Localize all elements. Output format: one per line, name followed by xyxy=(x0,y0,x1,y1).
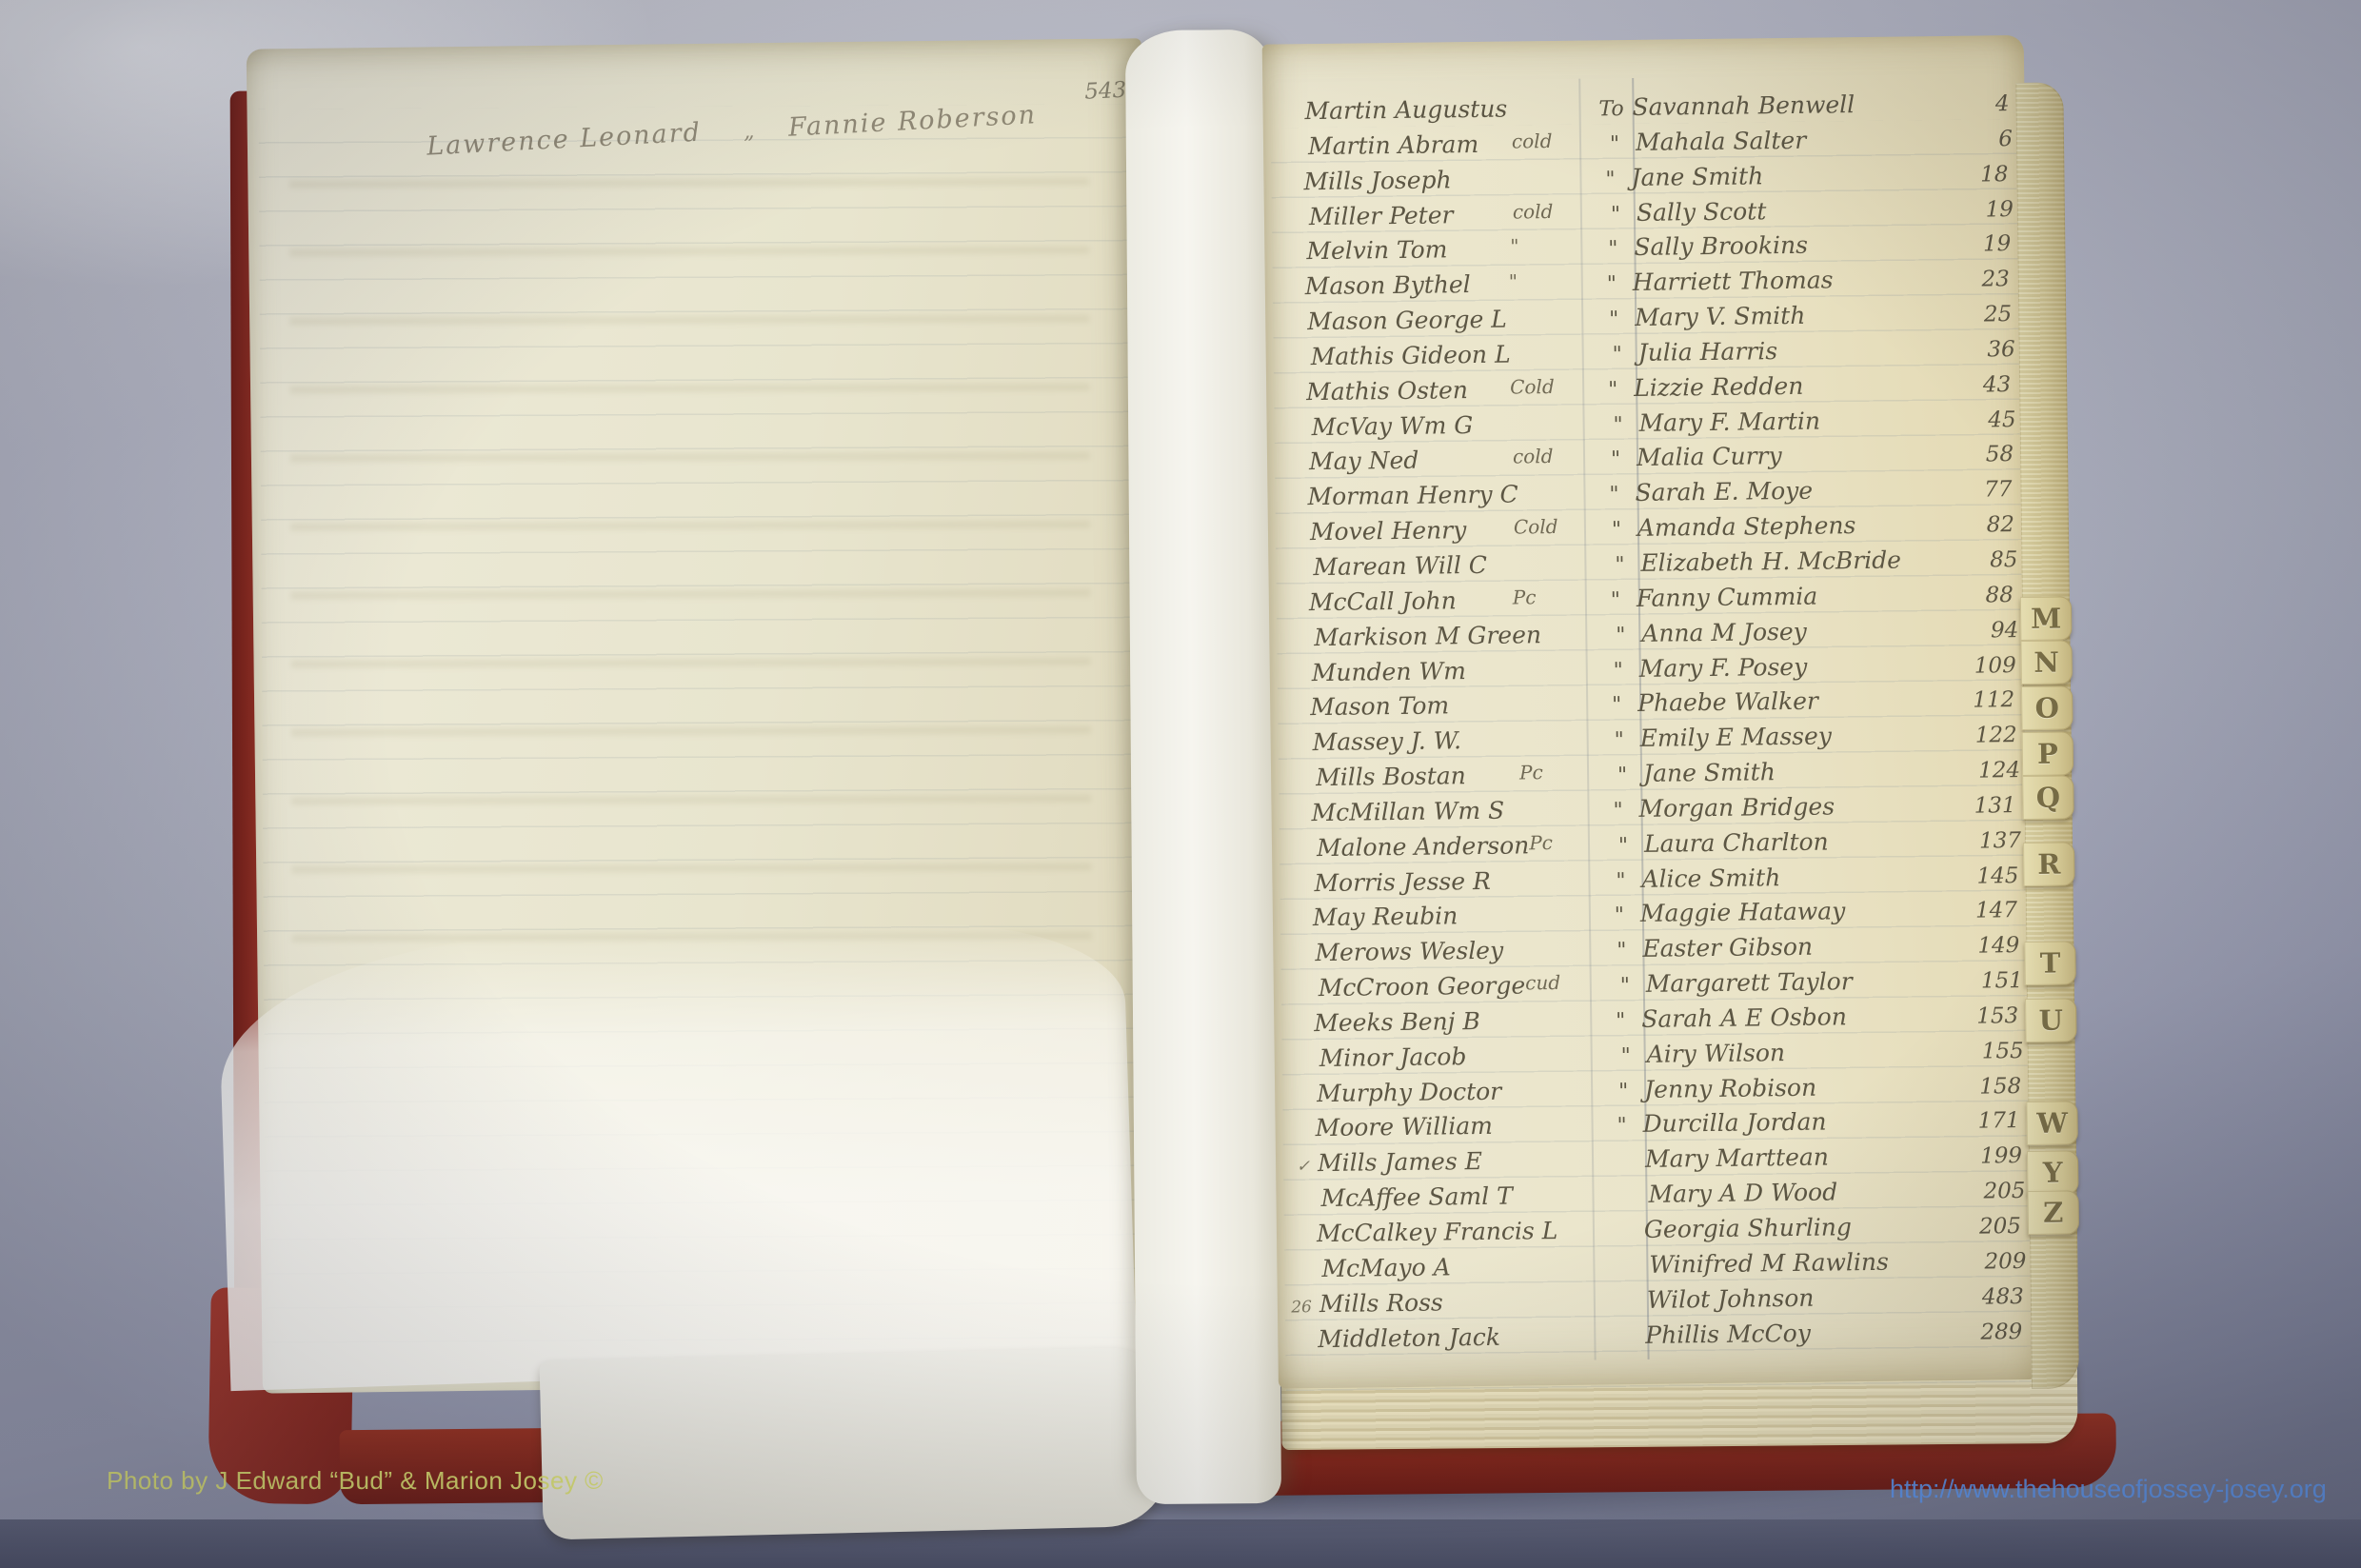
race-note: Cold xyxy=(1510,374,1592,403)
groom-cell: McMillan Wm S xyxy=(1311,795,1597,826)
groom-cell: Massey J. W. xyxy=(1312,725,1597,757)
tab-letter: U xyxy=(2038,1004,2063,1037)
race-note xyxy=(1514,690,1596,719)
groom-name: Minor Jacob xyxy=(1319,1042,1523,1072)
ditto-mark: To xyxy=(1590,97,1632,122)
record-page-number: 124 xyxy=(1957,758,2026,784)
bride-name: Jenny Robison xyxy=(1644,1071,1958,1102)
bride-name: Sally Scott xyxy=(1637,194,1951,226)
alphabet-tab-R: R xyxy=(2023,842,2075,886)
race-note xyxy=(1521,1146,1603,1175)
groom-name: Mason Bythel xyxy=(1305,270,1509,301)
record-page-number: 147 xyxy=(1954,898,2023,923)
groom-cell: Mills James E xyxy=(1318,1146,1603,1178)
ditto-mark: " xyxy=(1593,308,1635,332)
alphabet-tab-W: W xyxy=(2026,1101,2078,1145)
record-page-number: 23 xyxy=(1947,267,2015,292)
groom-cell: McCall John Pc xyxy=(1309,585,1595,616)
race-note xyxy=(1517,901,1598,929)
record-page-number: 122 xyxy=(1954,723,2022,748)
race-note: cold xyxy=(1512,129,1594,157)
groom-cell: Merows Wesley xyxy=(1315,936,1600,967)
alphabet-tab-Z: Z xyxy=(2027,1190,2079,1235)
bride-name: Jane Smith xyxy=(1643,756,1957,787)
groom-cell: Miller Peter cold xyxy=(1309,199,1595,230)
record-page-number: 77 xyxy=(1949,477,2017,503)
groom-cell: May Ned cold xyxy=(1309,445,1595,476)
record-page-number: 289 xyxy=(1959,1320,2028,1345)
alphabet-tab-Q: Q xyxy=(2022,775,2074,820)
bride-name: Mary A D Wood xyxy=(1648,1177,1962,1208)
bride-name: Sarah A E Osbon xyxy=(1641,1002,1955,1033)
ditto-mark: " xyxy=(1593,483,1635,507)
race-note xyxy=(1516,725,1597,754)
ditto-mark: " xyxy=(1597,343,1638,367)
race-note xyxy=(1524,1181,1606,1210)
ditto-mark: " xyxy=(1592,378,1634,403)
ditto-mark: " xyxy=(1599,1009,1641,1034)
ditto-mark: " xyxy=(1589,168,1631,192)
bride-name: Mary F. Posey xyxy=(1639,650,1954,682)
bride-name: Savannah Benwell xyxy=(1632,89,1946,121)
race-note xyxy=(1521,1321,1603,1350)
record-page-number: 155 xyxy=(1961,1039,2030,1064)
bride-name: Mary F. Martin xyxy=(1638,405,1953,436)
bride-name: Elizabeth H. McBride xyxy=(1640,546,1954,577)
ledger-book-photo: Lawrence Leonard„Fannie Roberson 543 Mar… xyxy=(0,0,2361,1568)
record-page-number: 109 xyxy=(1954,653,2022,679)
ditto-mark: " xyxy=(1600,1114,1642,1139)
ditto-mark: " xyxy=(1602,834,1644,859)
record-page-number: 158 xyxy=(1958,1074,2027,1100)
record-page-number: 36 xyxy=(1953,337,2021,363)
website-watermark: http://www.thehouseofjossey-josey.org xyxy=(1890,1475,2327,1504)
record-page-number: 18 xyxy=(1945,162,2014,188)
groom-cell: Martin Abram cold xyxy=(1308,129,1594,160)
alphabet-tab-M: M xyxy=(2020,596,2073,641)
left-page-number: 543 xyxy=(1084,78,1127,105)
ditto-mark xyxy=(1603,1342,1645,1343)
ditto-mark: " xyxy=(1599,624,1641,648)
record-page-number: 94 xyxy=(1955,618,2024,644)
groom-cell: McCalkey Francis L xyxy=(1317,1216,1602,1247)
record-page-number: 112 xyxy=(1952,687,2020,713)
record-page-number: 82 xyxy=(1952,512,2020,538)
tab-letter: Y xyxy=(2043,1157,2063,1189)
record-page-number: 199 xyxy=(1959,1143,2028,1169)
race-note: Pc xyxy=(1513,585,1595,613)
race-note xyxy=(1518,1111,1600,1140)
ditto-mark: „ xyxy=(743,120,757,145)
ditto-mark: " xyxy=(1599,868,1641,893)
groom-name: Middleton Jack xyxy=(1318,1322,1521,1353)
bride-name: Fanny Cummia xyxy=(1637,581,1951,612)
alphabet-tabs: M N O P Q R T U W Y Z xyxy=(209,8,2104,30)
groom-cell: May Reubin xyxy=(1313,901,1598,932)
bride-name: Alice Smith xyxy=(1641,861,1955,892)
center-interleaf-sheet xyxy=(1125,30,1281,1504)
bride-name: Laura Charlton xyxy=(1644,826,1958,858)
record-page-number: 19 xyxy=(1951,197,2019,223)
groom-cell: Movel Henry Cold xyxy=(1310,515,1596,546)
ditto-mark: " xyxy=(1594,132,1636,157)
tab-letter: N xyxy=(2034,646,2059,679)
groom-name: May Reubin xyxy=(1313,902,1517,932)
groom-cell: Middleton Jack xyxy=(1318,1321,1603,1353)
bride-name: Harriett Thomas xyxy=(1633,265,1947,296)
bride-name: Sally Brookins xyxy=(1634,229,1948,261)
race-note xyxy=(1518,936,1600,964)
groom-name: Martin Abram xyxy=(1308,129,1512,160)
bride-name: Morgan Bridges xyxy=(1638,791,1953,823)
groom-name: Morman Henry C xyxy=(1307,481,1518,511)
groom-cell: McCroon George cud xyxy=(1319,970,1604,1002)
groom-name: Mills Bostan xyxy=(1316,761,1519,791)
groom-name: Mills Joseph xyxy=(1303,165,1507,195)
ditto-mark: " xyxy=(1595,202,1637,227)
ditto-mark: " xyxy=(1598,728,1640,753)
bride-name: Airy Wilson xyxy=(1647,1037,1961,1068)
race-note: cud xyxy=(1525,970,1604,999)
tab-letter: T xyxy=(2040,947,2061,980)
groom-name: Merows Wesley xyxy=(1315,937,1518,967)
race-note xyxy=(1511,305,1593,333)
race-note xyxy=(1523,1286,1605,1315)
groom-cell: Munden Wm xyxy=(1312,655,1597,686)
groom-name: Mills James E xyxy=(1318,1147,1521,1178)
record-page-number: 137 xyxy=(1958,828,2027,854)
ditto-mark: " xyxy=(1596,518,1637,543)
groom-name: Moore William xyxy=(1315,1112,1518,1142)
race-note xyxy=(1518,865,1599,894)
ditto-mark: " xyxy=(1596,693,1637,718)
race-note: " xyxy=(1509,269,1591,298)
open-index-book: Lawrence Leonard„Fannie Roberson 543 Mar… xyxy=(209,8,2122,1530)
groom-cell: Minor Jacob xyxy=(1319,1041,1605,1072)
ditto-mark: " xyxy=(1600,939,1642,963)
ditto-mark xyxy=(1603,1167,1645,1168)
groom-name: Marean Will C xyxy=(1313,550,1517,581)
ditto-mark: " xyxy=(1598,903,1640,928)
record-page-number: 19 xyxy=(1948,231,2016,257)
bride-name: Julia Harris xyxy=(1638,335,1953,367)
margin-note: 26 xyxy=(1287,1298,1319,1317)
groom-name: McCalkey Francis L xyxy=(1317,1217,1558,1247)
groom-cell: Melvin Tom " xyxy=(1306,234,1592,266)
bride-name: Amanda Stephens xyxy=(1637,510,1952,542)
groom-cell: Mason Bythel " xyxy=(1305,269,1591,301)
record-page-number: 153 xyxy=(1955,1003,2024,1029)
ditto-mark xyxy=(1605,1308,1647,1309)
groom-name: McMayo A xyxy=(1321,1252,1525,1282)
tab-letter: Z xyxy=(2043,1197,2064,1229)
ditto-mark: " xyxy=(1597,799,1638,824)
ditto-mark xyxy=(1608,1273,1650,1274)
ditto-mark: " xyxy=(1604,974,1646,999)
alphabet-tab-Y: Y xyxy=(2027,1150,2079,1195)
record-page-number: 4 xyxy=(1946,91,2014,117)
ditto-mark: " xyxy=(1592,237,1634,262)
race-note xyxy=(1515,795,1597,824)
ditto-mark: " xyxy=(1591,272,1633,297)
bride-name: Maggie Hataway xyxy=(1640,896,1954,927)
right-page: Martin Augustus To Savannah Benwell 4 Ma… xyxy=(1262,35,2040,1389)
race-note: Cold xyxy=(1514,515,1596,544)
groom-name: Markison M Green xyxy=(1314,621,1541,651)
alphabet-tab-P: P xyxy=(2022,731,2074,776)
race-note: " xyxy=(1510,234,1592,263)
race-note xyxy=(1507,164,1589,192)
record-page-number: 43 xyxy=(1948,372,2016,398)
groom-name: Melvin Tom xyxy=(1306,235,1510,266)
groom-name: Mills Ross xyxy=(1319,1287,1523,1318)
bride-name: Emily E Massey xyxy=(1639,721,1954,752)
groom-name: Murphy Doctor xyxy=(1317,1077,1520,1107)
groom-name: Massey J. W. xyxy=(1312,726,1516,757)
race-note: Pc xyxy=(1519,760,1601,788)
bride-name: Lizzie Redden xyxy=(1634,370,1948,402)
bride-name: Mary V. Smith xyxy=(1635,300,1949,331)
bride-name: Durcilla Jordan xyxy=(1642,1106,1956,1138)
alphabet-tab-T: T xyxy=(2024,941,2076,985)
record-page-number: 145 xyxy=(1955,863,2024,889)
race-note xyxy=(1525,1251,1607,1280)
race-note xyxy=(1516,655,1597,684)
tab-letter: P xyxy=(2037,738,2058,770)
record-page-number: 6 xyxy=(1950,127,2018,152)
groom-name: McCroon George xyxy=(1319,972,1526,1002)
record-page-number: 205 xyxy=(1962,1179,2031,1204)
bride-name: Mahala Salter xyxy=(1636,125,1950,156)
ditto-mark: " xyxy=(1597,658,1639,683)
groom-name: Miller Peter xyxy=(1309,200,1513,230)
bride-name: Anna M Josey xyxy=(1641,616,1955,647)
race-note: cold xyxy=(1513,199,1595,228)
groom-name: Meeks Benj B xyxy=(1314,1006,1518,1037)
record-page-number: 88 xyxy=(1951,583,2019,608)
tab-letter: R xyxy=(2037,848,2061,881)
groom-name: Mathis Gideon L xyxy=(1311,340,1515,370)
groom-name: McMillan Wm S xyxy=(1311,796,1515,826)
bride-name: Wilot Johnson xyxy=(1647,1282,1961,1314)
groom-cell: Mills Joseph xyxy=(1303,164,1589,195)
record-page-number: 151 xyxy=(1960,968,2029,994)
groom-cell: Morman Henry C xyxy=(1307,480,1593,511)
race-note xyxy=(1557,1216,1602,1244)
groom-name: Munden Wm xyxy=(1312,656,1516,686)
tab-letter: Q xyxy=(2036,782,2061,814)
bride-name: Phaebe Walker xyxy=(1637,685,1952,717)
tab-letter: W xyxy=(2036,1106,2068,1139)
tab-letter: O xyxy=(2034,692,2059,724)
bride-name: Malia Curry xyxy=(1637,440,1951,471)
ditto-mark: " xyxy=(1605,1044,1647,1069)
groom-name: Malone Anderson xyxy=(1317,831,1530,862)
alphabet-tab-U: U xyxy=(2025,998,2077,1042)
ditto-mark: " xyxy=(1598,553,1640,578)
bride-name: Sarah E. Moye xyxy=(1635,475,1949,506)
ditto-mark: " xyxy=(1597,413,1638,438)
race-note xyxy=(1518,1005,1599,1034)
record-page-number: 205 xyxy=(1958,1214,2027,1240)
groom-cell: Markison M Green xyxy=(1314,620,1599,651)
bride-name: Margarett Taylor xyxy=(1646,966,1960,998)
race-note xyxy=(1515,339,1597,367)
race-note: Pc xyxy=(1529,830,1602,859)
tissue-interleaf-overlay xyxy=(217,917,1137,1391)
bleed-through-writing xyxy=(289,157,1092,990)
groom-cell: McAffee Saml T xyxy=(1320,1181,1606,1213)
groom-cell: Mason Tom xyxy=(1310,690,1596,722)
groom-cell: Murphy Doctor xyxy=(1317,1076,1602,1107)
groom-name: May Ned xyxy=(1309,446,1513,476)
tissue-bottom-edge xyxy=(540,1347,1172,1540)
margin-note: ✓ xyxy=(1285,1157,1318,1176)
groom-name: McAffee Saml T xyxy=(1320,1182,1524,1213)
race-note xyxy=(1518,480,1593,508)
groom-name: McVay Wm G xyxy=(1311,410,1515,441)
ditto-mark: " xyxy=(1595,588,1637,613)
groom-cell: Meeks Benj B xyxy=(1314,1005,1599,1037)
ditto-mark xyxy=(1602,1238,1644,1239)
bride-name: Easter Gibson xyxy=(1642,931,1956,963)
record-page-number: 25 xyxy=(1949,302,2017,327)
race-note xyxy=(1508,94,1590,123)
groom-cell: Mills Bostan Pc xyxy=(1316,760,1601,791)
index-entries: Martin Augustus To Savannah Benwell 4 Ma… xyxy=(1272,89,2030,1360)
groom-cell: Marean Will C xyxy=(1313,549,1598,581)
groom-name: Mason George L xyxy=(1307,306,1511,336)
ditto-mark: " xyxy=(1602,1080,1644,1104)
race-note xyxy=(1520,1076,1602,1104)
groom-cell: Mathis Osten Cold xyxy=(1306,374,1592,406)
record-page-number: 45 xyxy=(1953,407,2021,433)
groom-name: Movel Henry xyxy=(1310,516,1514,546)
groom-cell: McVay Wm G xyxy=(1311,409,1597,441)
groom-cell: McMayo A xyxy=(1321,1251,1607,1282)
record-page-number: 131 xyxy=(1953,793,2021,819)
groom-name: Martin Augustus xyxy=(1304,95,1508,126)
record-page-number: 85 xyxy=(1954,547,2023,573)
groom-cell: Mills Ross xyxy=(1319,1286,1605,1318)
record-page-number: 171 xyxy=(1956,1108,2025,1134)
groom-name: Mathis Osten xyxy=(1306,375,1510,406)
alphabet-tab-N: N xyxy=(2020,640,2073,685)
tab-letter: M xyxy=(2031,603,2062,635)
race-note xyxy=(1523,1041,1605,1069)
bride-name: Mary Marttean xyxy=(1645,1141,1959,1173)
ditto-mark: " xyxy=(1601,764,1643,788)
record-page-number: 149 xyxy=(1956,933,2025,959)
groom-name: Mason Tom xyxy=(1310,691,1514,722)
photographer-watermark: Photo by J Edward “Bud” & Marion Josey © xyxy=(107,1466,604,1496)
bride-name: Georgia Shurling xyxy=(1644,1212,1958,1243)
alphabet-tab-O: O xyxy=(2021,685,2073,730)
groom-cell: Malone Anderson Pc xyxy=(1317,830,1602,862)
record-page-number: 58 xyxy=(1951,442,2019,467)
groom-cell: Mathis Gideon L xyxy=(1311,339,1597,370)
bride-name: Winifred M Rawlins xyxy=(1649,1247,1963,1279)
groom-cell: Moore William xyxy=(1315,1111,1600,1142)
record-page-number: 483 xyxy=(1961,1284,2030,1310)
race-note: cold xyxy=(1513,445,1595,473)
bride-name: Jane Smith xyxy=(1631,160,1945,191)
groom-name: Morris Jesse R xyxy=(1314,866,1518,897)
bride-name: Phillis McCoy xyxy=(1645,1317,1959,1348)
groom-cell: Mason George L xyxy=(1307,305,1593,336)
ditto-mark: " xyxy=(1595,447,1637,472)
groom-cell: Martin Augustus xyxy=(1304,94,1590,126)
race-note xyxy=(1517,549,1598,578)
race-note xyxy=(1541,620,1600,648)
ditto-mark xyxy=(1607,1202,1649,1203)
groom-name: McCall John xyxy=(1309,586,1513,616)
groom-cell: Morris Jesse R xyxy=(1314,865,1599,897)
record-page-number: 209 xyxy=(1963,1249,2032,1275)
race-note xyxy=(1515,409,1597,438)
